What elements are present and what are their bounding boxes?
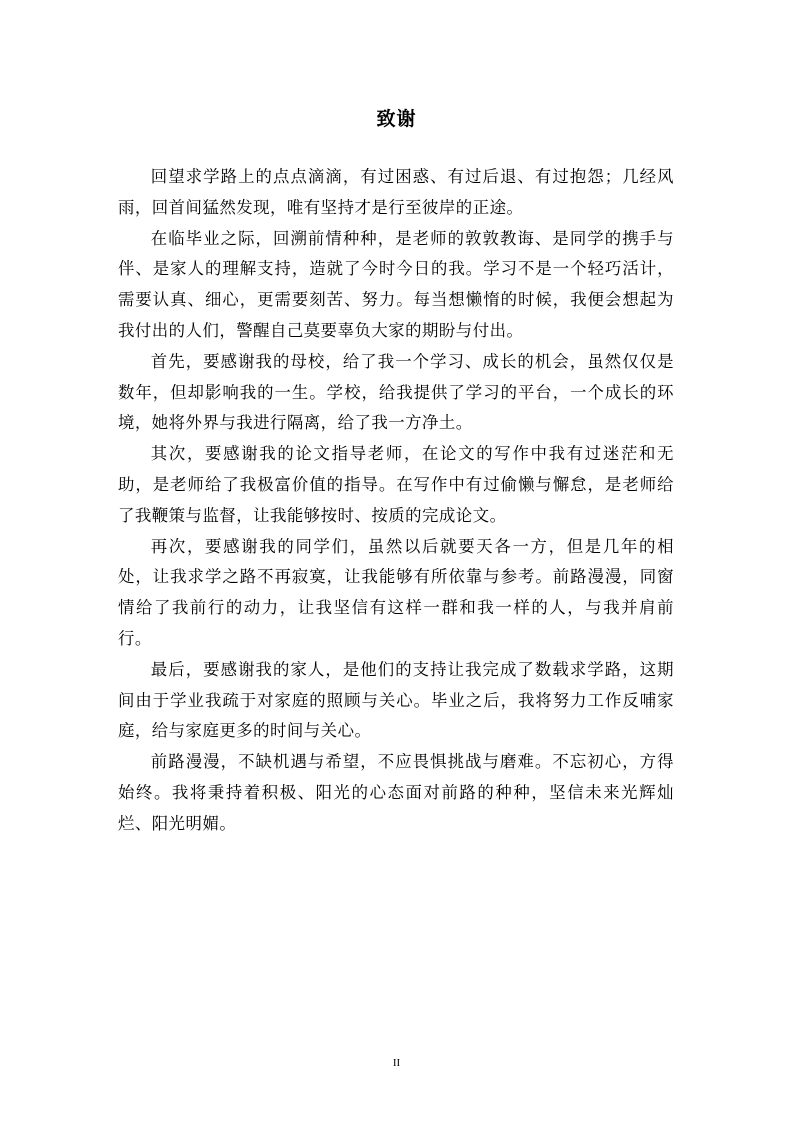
- acknowledgement-body: 回望求学路上的点点滴滴，有过困惑、有过后退、有过抱怨；几经风雨，回首间猛然发现，…: [118, 162, 674, 840]
- paragraph-2: 在临毕业之际，回溯前情种种，是老师的敦敦教诲、是同学的携手与伴、是家人的理解支持…: [118, 224, 674, 347]
- paragraph-4: 其次，要感谢我的论文指导老师，在论文的写作中我有过迷茫和无助，是老师给了我极富价…: [118, 439, 674, 531]
- paragraph-7: 前路漫漫，不缺机遇与希望，不应畏惧挑战与磨难。不忘初心，方得始终。我将秉持着积极…: [118, 747, 674, 839]
- document-page: 致谢 回望求学路上的点点滴滴，有过困惑、有过后退、有过抱怨；几经风雨，回首间猛然…: [0, 0, 793, 1122]
- page-number: II: [0, 1057, 793, 1069]
- paragraph-1: 回望求学路上的点点滴滴，有过困惑、有过后退、有过抱怨；几经风雨，回首间猛然发现，…: [118, 162, 674, 224]
- paragraph-6: 最后，要感谢我的家人，是他们的支持让我完成了数载求学路，这期间由于学业我疏于对家…: [118, 655, 674, 747]
- page-title: 致谢: [0, 104, 793, 131]
- paragraph-5: 再次，要感谢我的同学们，虽然以后就要天各一方，但是几年的相处，让我求学之路不再寂…: [118, 532, 674, 655]
- paragraph-3: 首先，要感谢我的母校，给了我一个学习、成长的机会，虽然仅仅是数年，但却影响我的一…: [118, 347, 674, 439]
